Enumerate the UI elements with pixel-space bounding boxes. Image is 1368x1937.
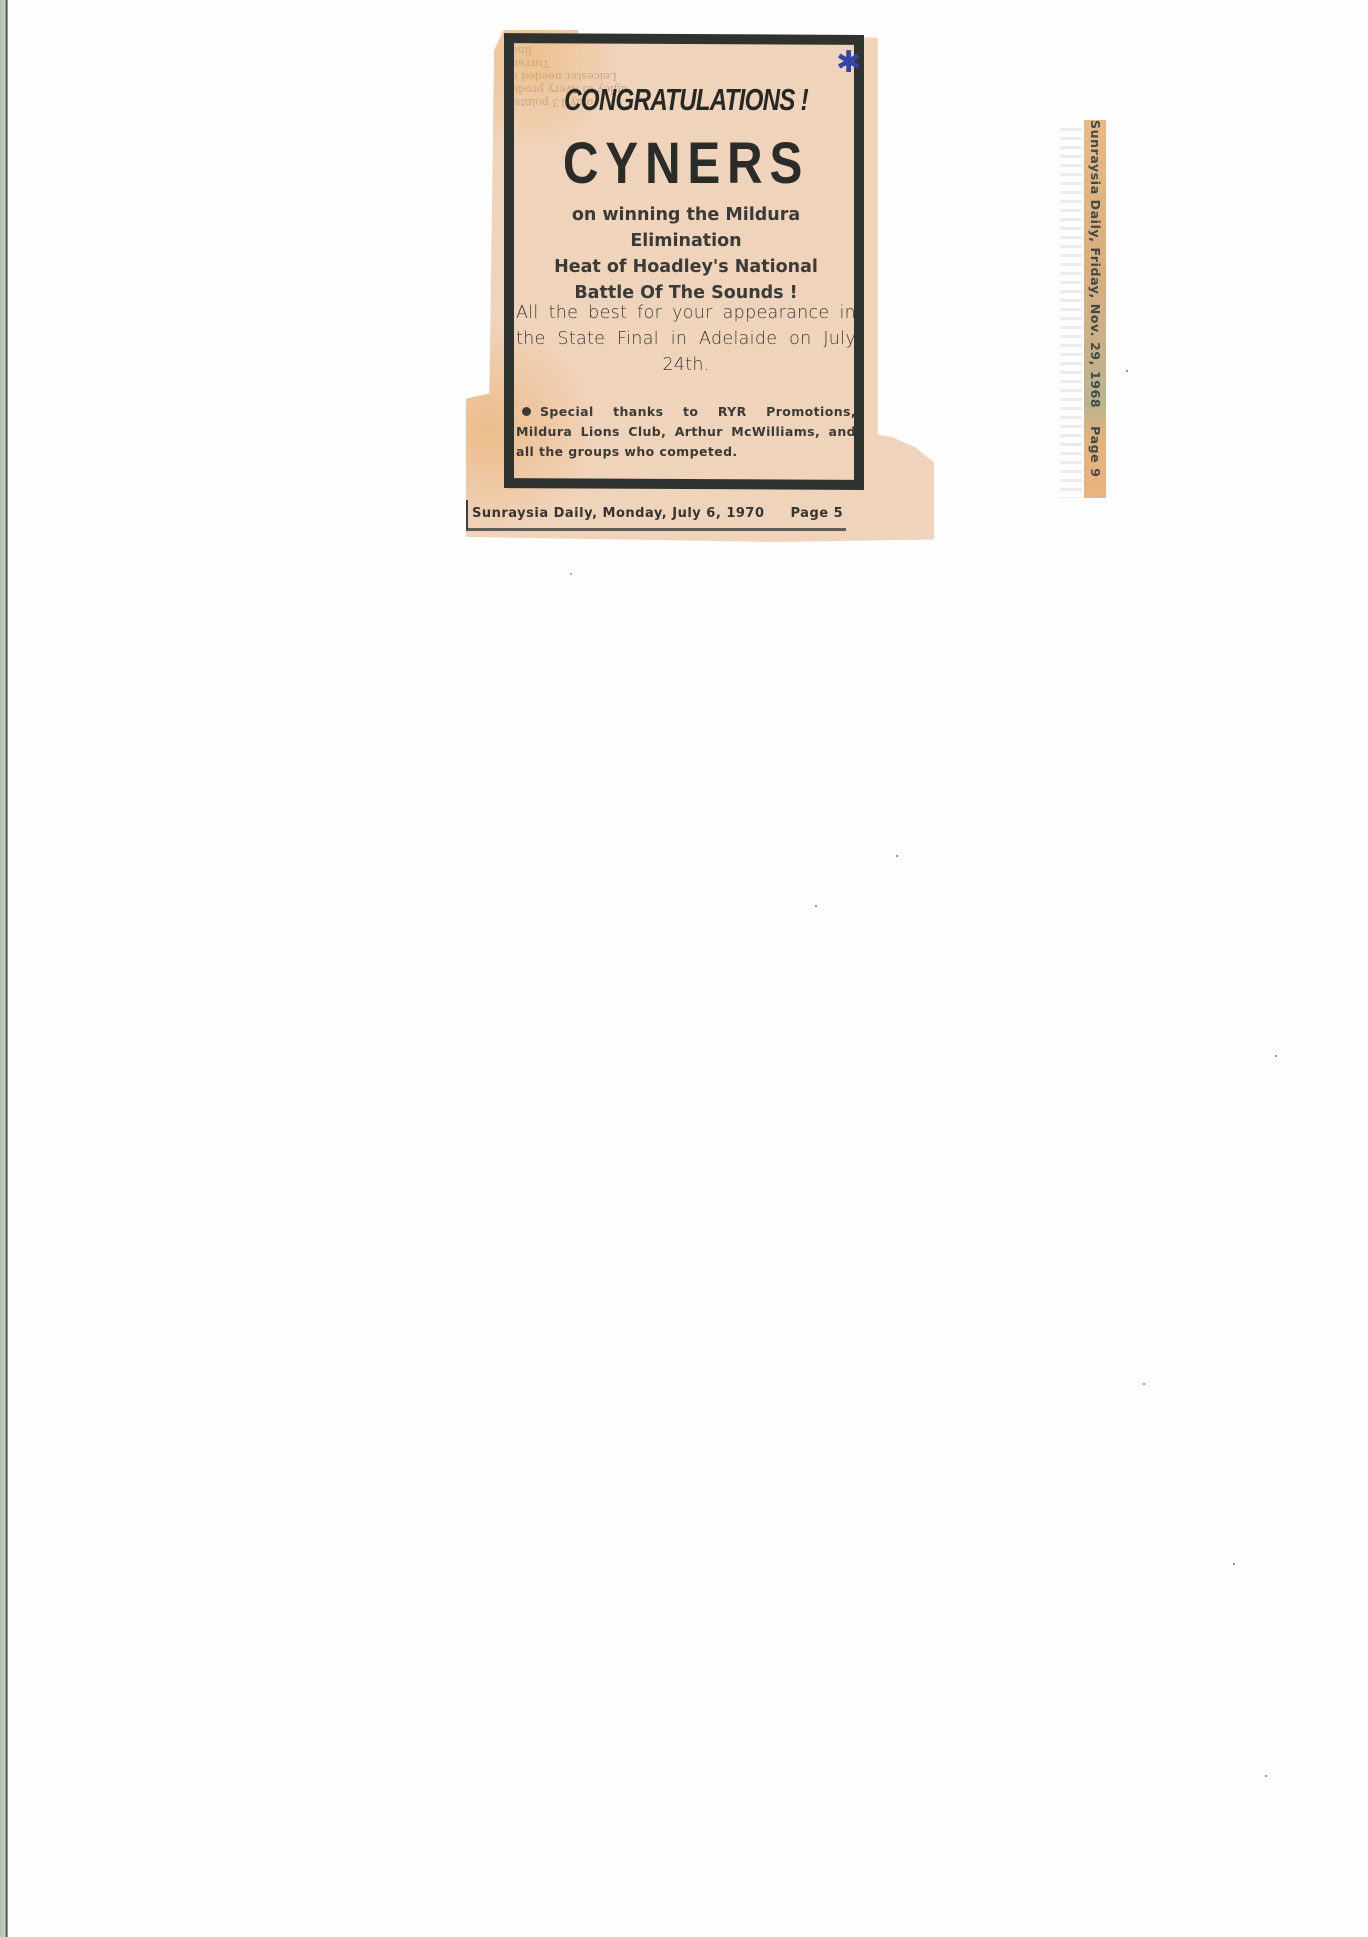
scan-speck <box>1233 1563 1235 1565</box>
publication-date: Sunraysia Daily, Monday, July 6, 1970 <box>472 506 765 521</box>
headline: CONGRATULATIONS ! <box>553 82 818 118</box>
scan-speck <box>815 905 817 907</box>
bullet-icon <box>522 407 531 416</box>
footer-left-rule <box>466 500 468 530</box>
scan-speck <box>1265 1775 1267 1777</box>
strip-page-number: Page 9 <box>1088 426 1103 477</box>
scan-speck <box>896 855 898 857</box>
newspaper-clipping-congratulations: only 13 points. ugley to Avery produ Lei… <box>466 30 934 542</box>
scan-speck <box>1126 370 1128 372</box>
band-name: CYNERS <box>542 130 831 197</box>
strip-shadow <box>1060 128 1082 498</box>
strip-source-line: Sunraysia Daily, Friday, Nov. 29, 1968Pa… <box>1084 120 1106 498</box>
footer-rule <box>466 528 846 531</box>
scan-speck <box>1275 1055 1277 1057</box>
page-number: Page 5 <box>791 506 844 521</box>
asterisk-pen-mark-icon: ✱ <box>836 48 861 78</box>
strip-publication-date: Sunraysia Daily, Friday, Nov. 29, 1968 <box>1088 120 1103 408</box>
wishes-text: All the best for your appearance in the … <box>516 300 856 378</box>
thanks-text: Special thanks to RYR Promotions, Mildur… <box>516 402 856 462</box>
scan-speck <box>1143 1383 1145 1385</box>
scan-speck <box>570 573 572 575</box>
scan-edge <box>0 0 8 1937</box>
source-line: Sunraysia Daily, Monday, July 6, 1970Pag… <box>472 506 872 521</box>
occasion-text: on winning the Mildura Elimination Heat … <box>516 202 856 306</box>
